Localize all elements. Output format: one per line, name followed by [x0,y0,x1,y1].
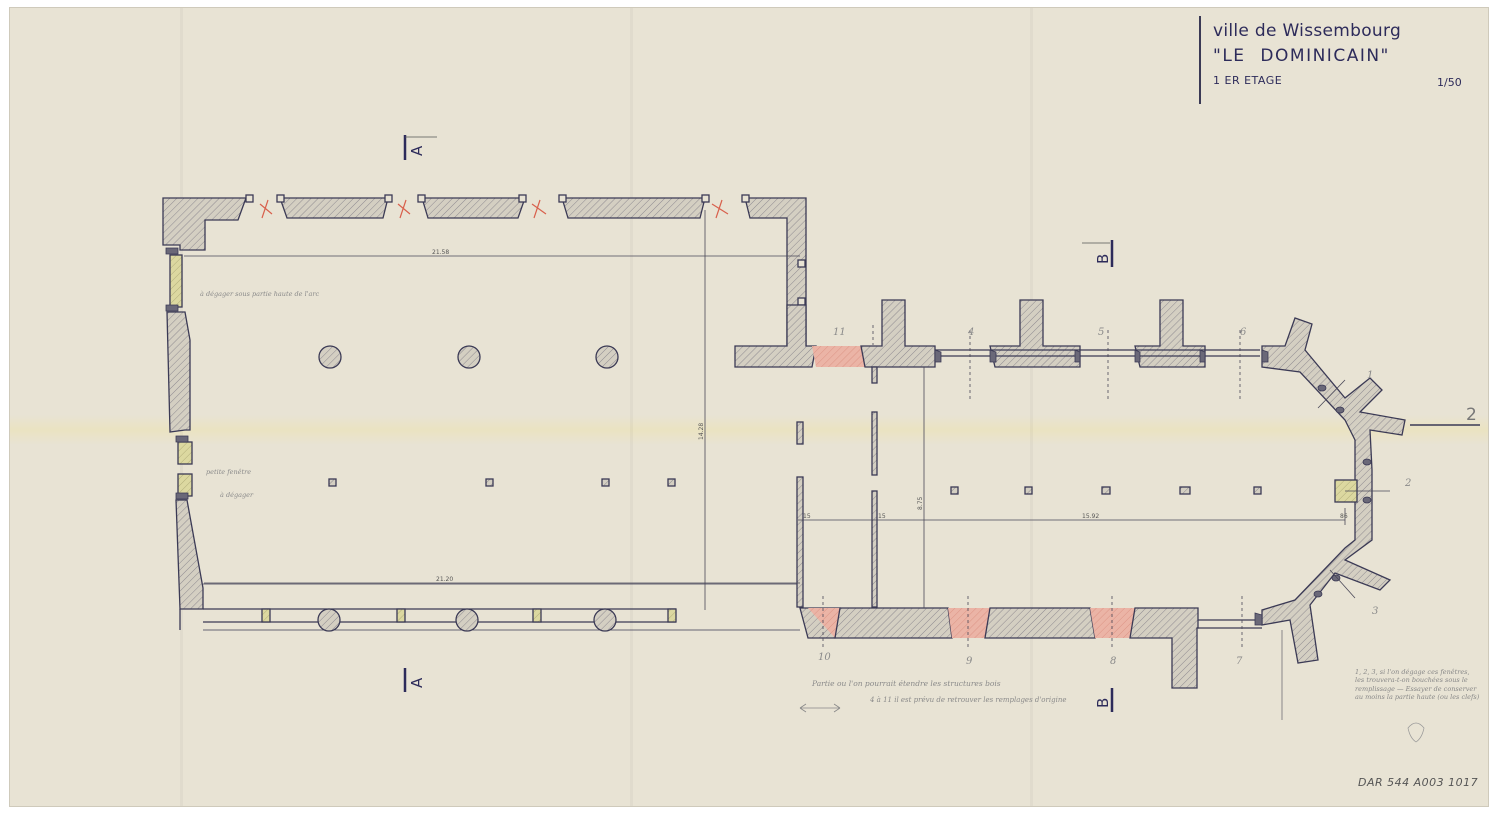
red-infill [948,608,990,638]
north-wall-segment [562,198,705,218]
partition-wall [797,477,803,607]
dim-label: 15.92 [1082,513,1099,520]
partition-wall [872,491,877,607]
square-pillar [602,479,609,486]
section-b-top: B [1094,254,1112,264]
dim-label: 21.20 [436,576,453,583]
svg-text:4 à 11 il est prévu de retrou: 4 à 11 il est prévu de retrouver les rem… [869,696,1066,704]
nave-west-north-wall [735,305,816,367]
south-window-infill [533,609,541,622]
south-window-infill [397,609,405,622]
partition-stub [797,422,803,444]
square-pillar [329,479,336,486]
partition-stub [872,367,877,383]
interior-column [458,346,480,368]
square-pillar [668,479,675,486]
west-wall-lower [176,500,203,609]
apse-walls [1262,318,1405,663]
south-wall-segment [985,608,1095,638]
svg-text:2: 2 [1404,478,1411,489]
buttress-5 [1135,300,1205,367]
buttress-11 [861,300,935,367]
section-a-bottom: A [408,677,426,688]
dimension-labels: 21.58 21.20 14.28 15.92 8.75 15 15 86 [432,249,1348,583]
svg-text:petite fenêtre: petite fenêtre [206,468,251,476]
section-2-marker: 2 [1466,405,1477,425]
buttress-4 [990,300,1080,367]
svg-text:à dégager sous partie haute de: à dégager sous partie haute de l'arc [200,290,319,298]
dimension-lines [184,210,1480,720]
svg-text:10: 10 [818,652,831,663]
svg-text:11: 11 [833,327,846,338]
section-a-top: A [408,145,426,156]
apse-note: 1, 2, 3, si l'on dégage ces fenêtres, le… [1355,668,1480,738]
svg-text:à dégager: à dégager [220,491,254,499]
archive-reference: DAR 544 A003 1017 [1358,776,1478,789]
south-wall-segment [835,608,952,638]
west-window-infill [178,442,192,464]
south-column [318,609,340,631]
square-pillar [1025,487,1032,494]
dim-label: 15 [878,513,886,520]
red-infill [1090,608,1135,638]
dim-label: 14.28 [698,423,705,440]
west-wall-segment [167,312,190,432]
south-window-infill [262,609,270,622]
nave [735,300,1405,688]
svg-text:3: 3 [1372,606,1378,617]
south-buttress [1130,608,1198,688]
square-pillar [1102,487,1110,494]
square-pillar [1254,487,1261,494]
dim-label: 21.58 [432,249,449,256]
north-wall-segment [422,198,525,218]
south-column [456,609,478,631]
south-window-infill [668,609,676,622]
square-pillar [486,479,493,486]
svg-text:7: 7 [1236,656,1243,667]
section-b-bottom: B [1094,698,1112,708]
svg-text:1: 1 [1367,370,1373,381]
south-column [594,609,616,631]
svg-text:8: 8 [1110,656,1116,667]
partition-stub [872,412,877,475]
square-pillar [1180,487,1190,494]
svg-text:5: 5 [1098,327,1104,338]
svg-text:4: 4 [967,327,974,338]
svg-text:9: 9 [966,656,973,667]
dim-label: 86 [1340,513,1348,520]
interior-column [319,346,341,368]
red-infill [812,346,865,367]
north-wall-segment [280,198,388,218]
dim-label: 8.75 [917,496,924,510]
west-hall [163,195,806,631]
svg-text:6: 6 [1240,327,1247,338]
west-window-infill [170,255,182,307]
svg-text:Partie ou l'on pourrait étendr: Partie ou l'on pourrait étendre les stru… [811,679,1001,688]
square-pillar [951,487,958,494]
floor-plan: 21.58 21.20 14.28 15.92 8.75 15 15 86 11… [0,0,1500,821]
dim-label: 15 [803,513,811,520]
window-jambs [166,248,1371,625]
interior-column [596,346,618,368]
nw-corner-wall [163,198,246,250]
